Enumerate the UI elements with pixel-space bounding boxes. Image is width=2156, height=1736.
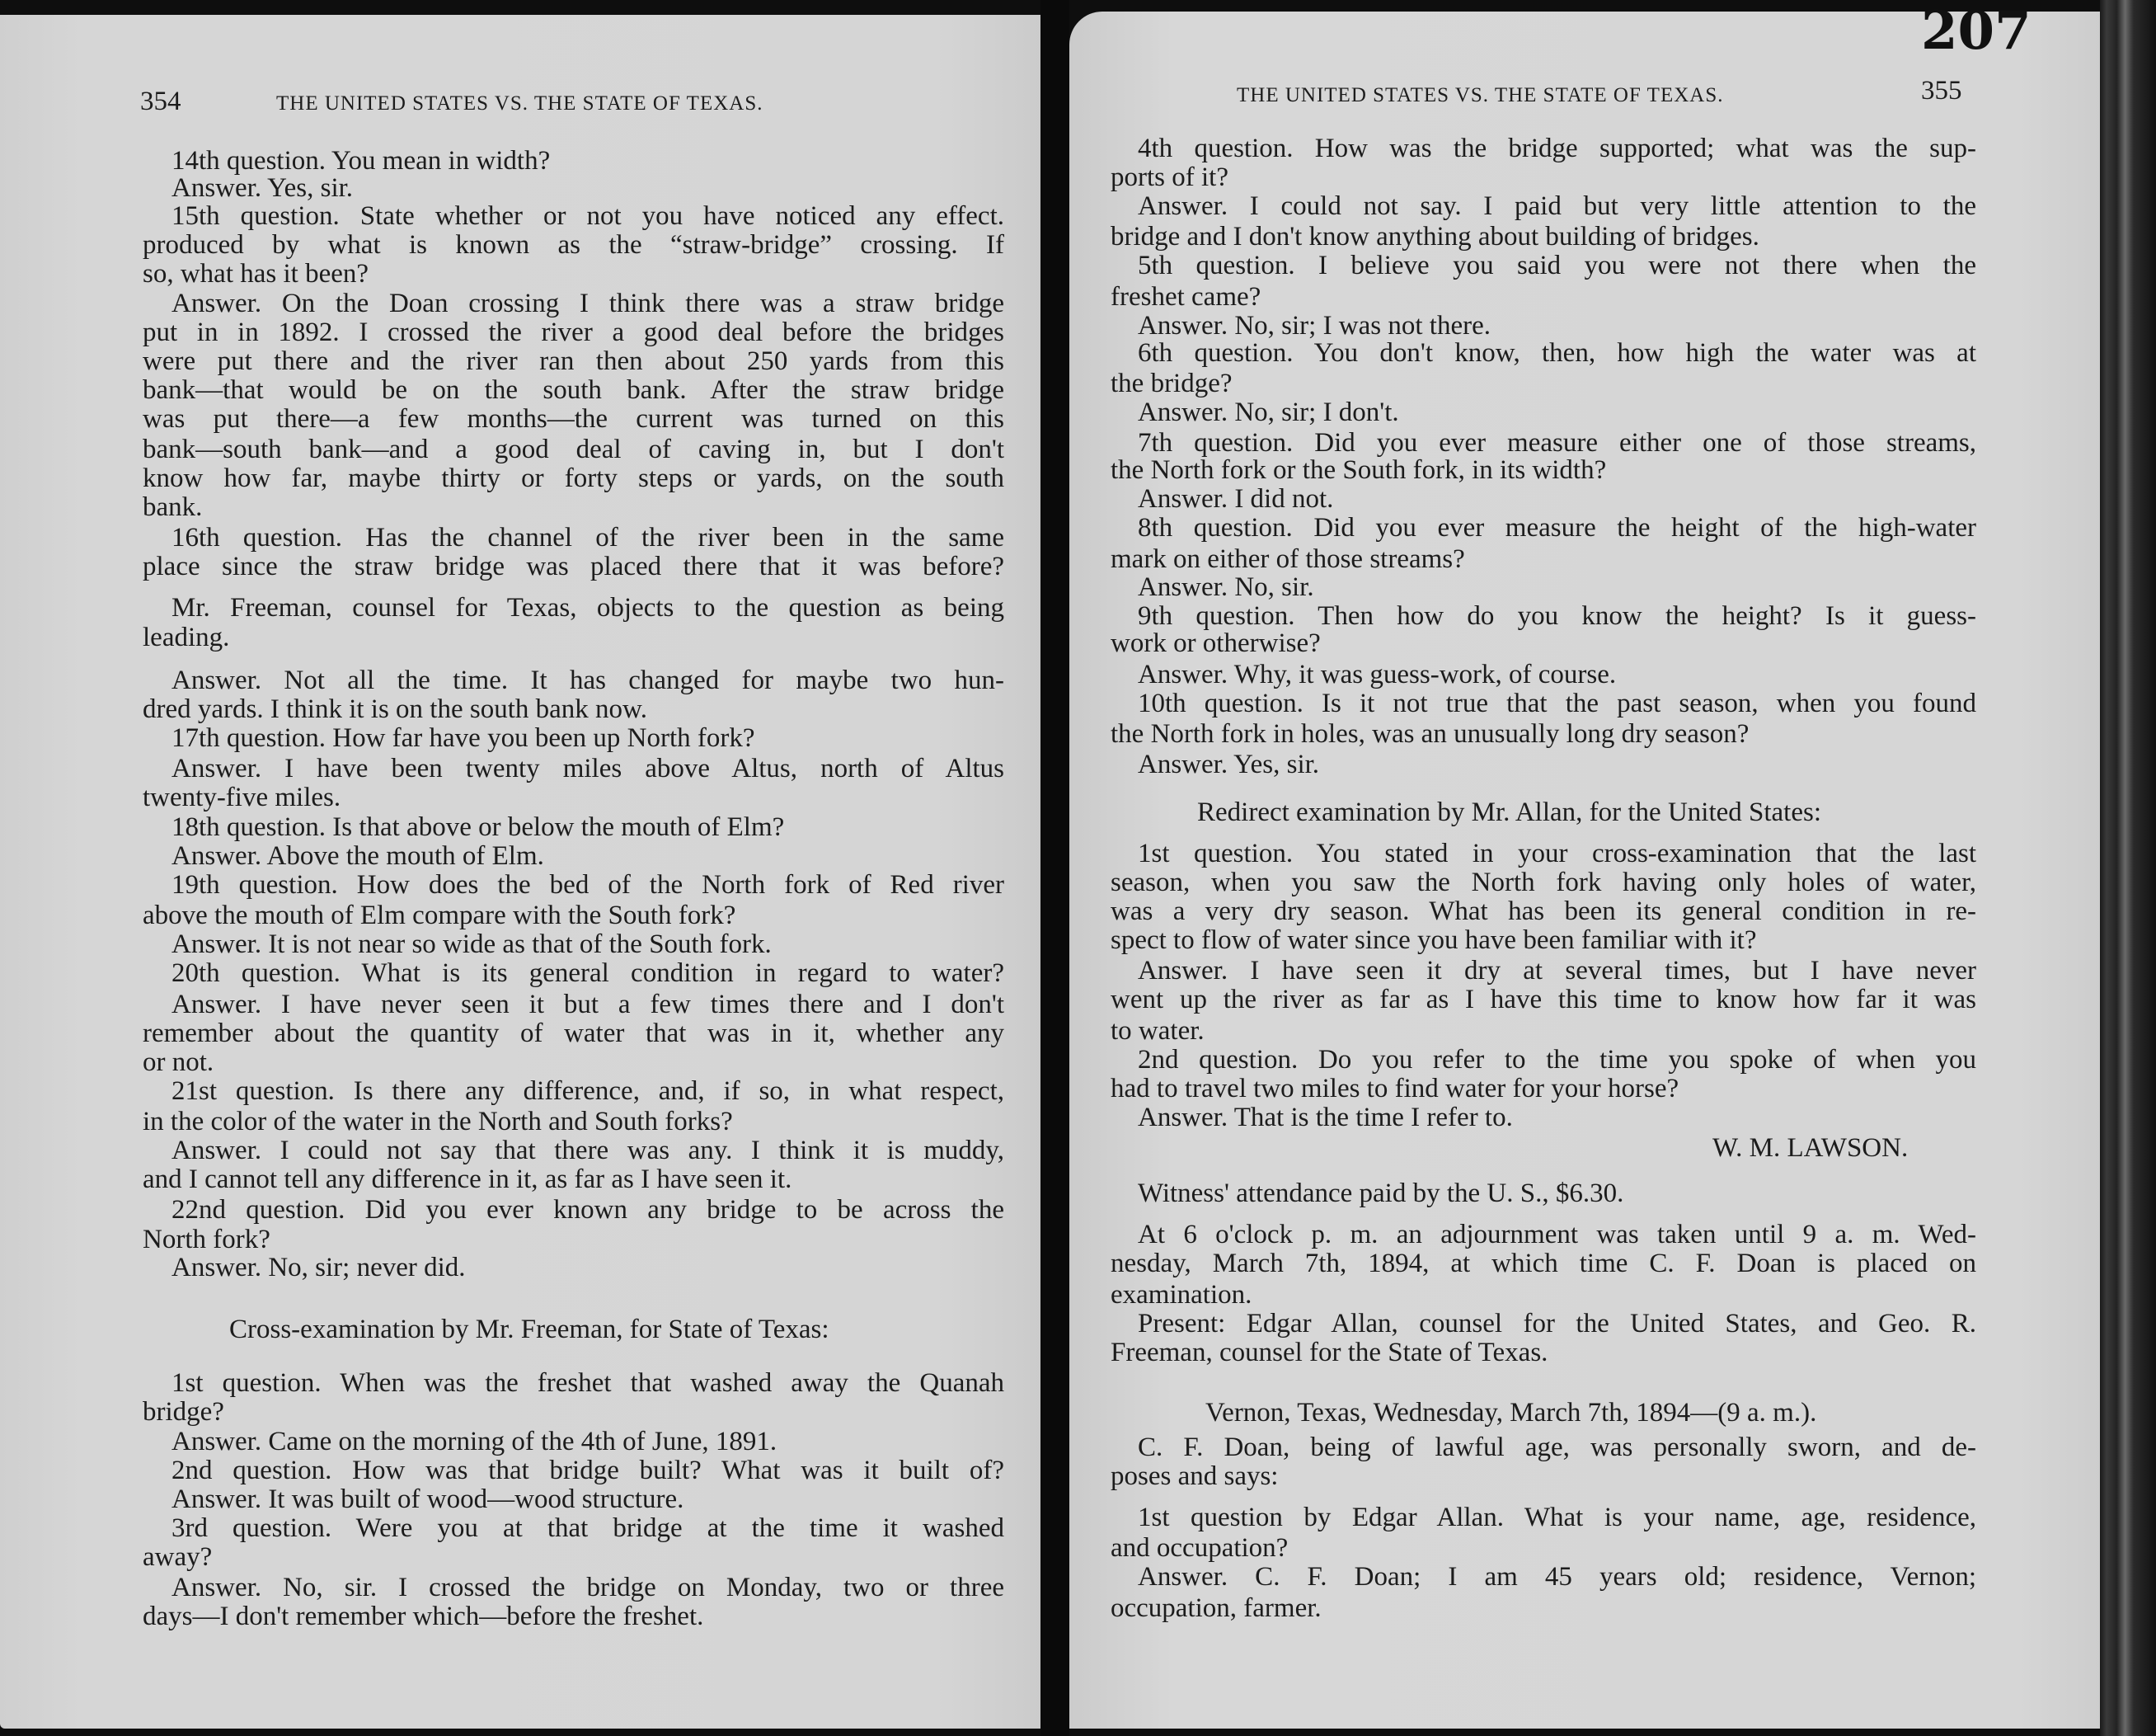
left-running-head: THE UNITED STATES VS. THE STATE OF TEXAS…: [276, 89, 874, 119]
left-text-line: 15th question. State whether or not you …: [171, 201, 1004, 231]
left-text-line: and I cannot tell any difference in it, …: [143, 1164, 791, 1194]
right-text-line: Answer. No, sir; I don't.: [1138, 398, 1399, 427]
left-text-line: remember about the quantity of water tha…: [143, 1019, 1004, 1048]
right-text-line: work or otherwise?: [1111, 628, 1321, 658]
left-text-line: in the color of the water in the North a…: [143, 1107, 733, 1136]
left-text-line: Answer. No, sir; never did.: [171, 1253, 466, 1282]
right-text-line: nesday, March 7th, 1894, at which time C…: [1111, 1249, 1976, 1278]
right-text-line: 7th question. Did you ever measure eithe…: [1138, 428, 1976, 458]
right-text-line: Freeman, counsel for the State of Texas.: [1111, 1338, 1548, 1367]
left-text-line: or not.: [143, 1047, 214, 1077]
right-text-line: Answer. Yes, sir.: [1138, 750, 1319, 779]
left-text-line: twenty-five miles.: [143, 783, 341, 812]
left-text-line: Cross-examination by Mr. Freeman, for St…: [229, 1315, 829, 1344]
right-text-line: freshet came?: [1111, 282, 1261, 312]
right-text-line: the North fork in holes, was an unusuall…: [1111, 719, 1749, 749]
right-text-line: Answer. That is the time I refer to.: [1138, 1103, 1513, 1132]
left-text-line: Answer. Above the mouth of Elm.: [171, 841, 544, 871]
left-text-line: 16th question. Has the channel of the ri…: [171, 523, 1004, 553]
left-text-line: 22nd question. Did you ever known any br…: [171, 1195, 1004, 1225]
left-text-line: bank—that would be on the south bank. Af…: [143, 375, 1004, 405]
left-text-line: 19th question. How does the bed of the N…: [171, 870, 1004, 900]
left-text-line: Answer. Not all the time. It has changed…: [171, 666, 1004, 695]
right-text-line: Vernon, Texas, Wednesday, March 7th, 189…: [1205, 1398, 1816, 1428]
right-text-line: the North fork or the South fork, in its…: [1111, 455, 1606, 485]
left-text-line: 18th question. Is that above or below th…: [171, 812, 784, 842]
right-text-line: the bridge?: [1111, 369, 1233, 398]
right-text-line: Answer. C. F. Doan; I am 45 years old; r…: [1138, 1562, 1976, 1592]
left-text-line: Answer. Came on the morning of the 4th o…: [171, 1427, 777, 1456]
right-text-line: Witness' attendance paid by the U. S., $…: [1138, 1179, 1623, 1208]
right-text-line: season, when you saw the North fork havi…: [1111, 868, 1976, 897]
left-text-line: put in in 1892. I crossed the river a go…: [143, 318, 1004, 347]
left-page-number: 354: [140, 87, 181, 116]
right-running-head: THE UNITED STATES VS. THE STATE OF TEXAS…: [1237, 81, 1834, 111]
left-text-line: was put there—a few months—the current w…: [143, 404, 1004, 434]
left-text-line: know how far, maybe thirty or forty step…: [143, 463, 1004, 493]
left-text-line: were put there and the river ran then ab…: [143, 346, 1004, 376]
left-text-line: 2nd question. How was that bridge built?…: [171, 1456, 1004, 1485]
right-text-line: Answer. I did not.: [1138, 484, 1333, 514]
left-text-line: above the mouth of Elm compare with the …: [143, 901, 735, 930]
right-text-line: Answer. I have seen it dry at several ti…: [1138, 956, 1976, 986]
left-text-line: leading.: [143, 623, 229, 652]
left-text-line: bridge?: [143, 1397, 224, 1427]
left-text-line: North fork?: [143, 1225, 270, 1254]
right-text-line: W. M. LAWSON.: [1712, 1133, 1908, 1163]
left-text-line: 14th question. You mean in width?: [171, 146, 550, 176]
right-text-line: Answer. I could not say. I paid but very…: [1138, 191, 1976, 221]
left-text-line: 21st question. Is there any difference, …: [171, 1076, 1004, 1106]
left-text-line: Answer. It is not near so wide as that o…: [171, 929, 772, 959]
right-text-line: had to travel two miles to find water fo…: [1111, 1074, 1679, 1103]
right-text-line: Answer. No, sir.: [1138, 572, 1314, 602]
left-text-line: Answer. I have been twenty miles above A…: [171, 754, 1004, 783]
book-gutter: [1040, 0, 1069, 1736]
right-text-line: ports of it?: [1111, 162, 1228, 192]
left-text-line: place since the straw bridge was placed …: [143, 552, 1004, 581]
right-text-line: Redirect examination by Mr. Allan, for t…: [1197, 797, 1821, 827]
right-text-line: 6th question. You don't know, then, how …: [1138, 338, 1976, 368]
right-text-line: 1st question. You stated in your cross-e…: [1138, 839, 1976, 868]
left-text-line: away?: [143, 1542, 212, 1572]
right-text-line: Present: Edgar Allan, counsel for the Un…: [1138, 1309, 1976, 1338]
left-text-line: 20th question. What is its general condi…: [171, 958, 1004, 988]
left-text-line: Answer. On the Doan crossing I think the…: [171, 289, 1004, 318]
left-text-line: days—I don't remember which—before the f…: [143, 1602, 703, 1631]
right-text-line: C. F. Doan, being of lawful age, was per…: [1138, 1433, 1976, 1462]
left-text-line: Mr. Freeman, counsel for Texas, objects …: [171, 593, 1004, 623]
left-text-line: Answer. I have never seen it but a few t…: [171, 990, 1004, 1019]
book-edge: [2100, 0, 2156, 1736]
right-text-line: to water.: [1111, 1016, 1205, 1046]
right-text-line: 10th question. Is it not true that the p…: [1138, 689, 1976, 718]
left-text-line: dred yards. I think it is on the south b…: [143, 694, 647, 724]
right-text-line: bridge and I don't know anything about b…: [1111, 222, 1759, 252]
right-text-line: 9th question. Then how do you know the h…: [1138, 601, 1976, 631]
right-text-line: 2nd question. Do you refer to the time y…: [1138, 1045, 1976, 1075]
right-text-line: examination.: [1111, 1280, 1252, 1310]
left-text-line: Answer. I could not say that there was a…: [171, 1136, 1004, 1165]
left-text-line: Answer. Yes, sir.: [171, 173, 353, 203]
right-page-number: 355: [1921, 76, 1962, 106]
left-text-line: bank.: [143, 492, 202, 522]
right-text-line: spect to flow of water since you have be…: [1111, 925, 1756, 955]
right-text-line: 4th question. How was the bridge support…: [1138, 134, 1976, 163]
right-text-line: Answer. No, sir; I was not there.: [1138, 311, 1491, 341]
right-text-line: mark on either of those streams?: [1111, 544, 1465, 574]
right-text-line: At 6 o'clock p. m. an adjournment was ta…: [1138, 1220, 1976, 1249]
left-text-line: 1st question. When was the freshet that …: [171, 1368, 1004, 1398]
right-text-line: poses and says:: [1111, 1461, 1278, 1491]
left-text-line: 3rd question. Were you at that bridge at…: [171, 1513, 1004, 1543]
left-text-line: 17th question. How far have you been up …: [171, 723, 755, 753]
left-text-line: Answer. It was built of wood—wood struct…: [171, 1484, 683, 1514]
right-text-line: 5th question. I believe you said you wer…: [1138, 251, 1976, 280]
left-text-line: produced by what is known as the “straw-…: [143, 230, 1004, 260]
left-text-line: so, what has it been?: [143, 259, 369, 289]
left-text-line: Answer. No, sir. I crossed the bridge on…: [171, 1573, 1004, 1602]
right-text-line: occupation, farmer.: [1111, 1593, 1322, 1623]
right-text-line: went up the river as far as I have this …: [1111, 985, 1976, 1014]
stamp-page-number: 207: [1921, 16, 2032, 46]
right-text-line: was a very dry season. What has been its…: [1111, 896, 1976, 926]
right-text-line: 1st question by Edgar Allan. What is you…: [1138, 1503, 1976, 1532]
right-text-line: and occupation?: [1111, 1533, 1288, 1563]
right-text-line: 8th question. Did you ever measure the h…: [1138, 513, 1976, 543]
left-text-line: bank—south bank—and a good deal of cavin…: [143, 435, 1004, 464]
right-text-line: Answer. Why, it was guess-work, of cours…: [1138, 660, 1616, 689]
